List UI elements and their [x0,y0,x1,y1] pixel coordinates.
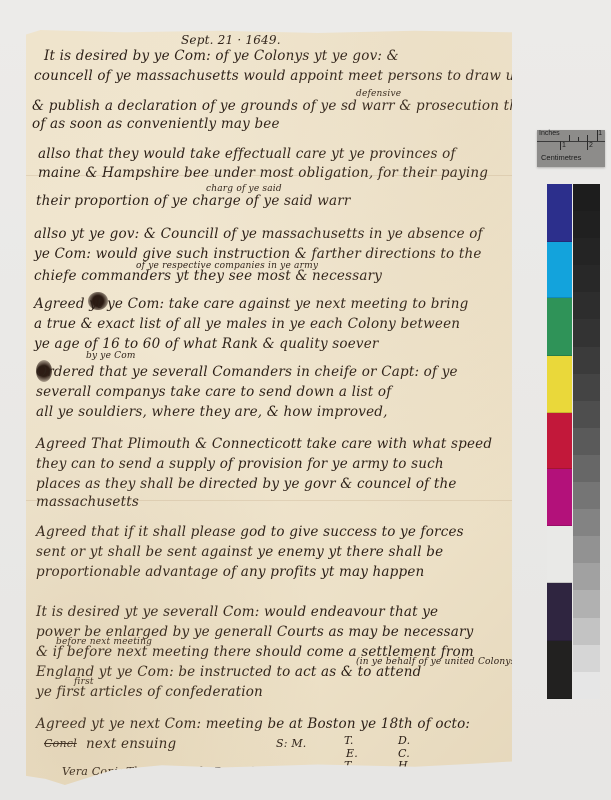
swatch-red [547,413,572,469]
initial: C. [398,748,410,759]
archive-scan: Sept. 21 · 1649. It is desired by ye Com… [0,0,611,800]
initial: P. [398,784,407,795]
text-line: a true & exact list of all ye males in y… [34,318,460,332]
swatch-black [547,641,572,699]
gray-step [573,428,600,455]
text-line: Agreed that if it shall please god to gi… [36,526,464,540]
swatch-yellow [547,356,572,413]
swatch-cyan [547,242,572,298]
text-line: It is desired by ye Com: of ye Colonys y… [44,50,399,64]
text-line: proportionable advantage of any profits … [36,566,424,580]
inch-mark: 1 [598,130,602,137]
swatch-green [547,298,572,356]
scale-ruler-card: Inches 1 1 2 Centimetres [537,130,605,167]
vera-copia: Vera Copia [62,766,125,777]
gray-step [573,563,600,590]
struck-word: Concl [44,738,77,749]
initial: T. [344,735,354,746]
text-line: places as they shall be directed by ye g… [36,478,457,492]
recorder-attestation: Tho. Danforth. Recorder. [126,766,270,777]
tick-mark [560,141,561,150]
color-swatch-column [547,184,572,699]
initial: W. [398,772,411,783]
text-line: ye Com: would give such instruction & fa… [34,248,482,262]
text-line: massachusetts [36,496,139,510]
date-heading: Sept. 21 · 1649. [181,34,281,46]
gray-step [573,509,600,536]
centimetres-label: Centimetres [541,153,581,162]
initial: J. [344,772,351,783]
gray-step [573,238,600,265]
text-line: sent or yt shall be sent against ye enem… [36,546,443,560]
tick-mark [587,141,588,150]
initial: E. [346,748,358,759]
tick-mark [569,135,570,141]
text-line: Agreed yt ye next Com: meeting be at Bos… [36,718,470,732]
gray-step [573,347,600,374]
text-line: of as soon as conveniently may bee [32,118,280,132]
gray-step [573,374,600,401]
torn-fragment-text: Whereas [314,792,364,800]
cm-mark-2: 2 [589,142,593,149]
gray-step [573,455,600,482]
gray-step [573,645,600,672]
text-line: Agreed That Plimouth & Connecticott take… [36,438,492,452]
gray-step [573,211,600,238]
initial: T. [344,760,354,771]
gray-step [573,618,600,645]
gray-step [573,265,600,292]
swatch-blue [547,184,572,242]
text-line: all ye souldiers, where they are, & how … [36,406,388,420]
initial: H. [398,760,412,771]
text-line: councell of ye massachusetts would appoi… [34,70,523,84]
initial: W. [346,784,359,795]
text-line: Ordered that ye severall Comanders in ch… [36,366,458,380]
swatch-white [547,526,572,583]
gray-step [573,401,600,428]
swatch-magenta [547,469,572,526]
gray-step [573,319,600,346]
manuscript-page: Sept. 21 · 1649. It is desired by ye Com… [26,30,512,788]
swatch-dark-purple [547,583,572,641]
initial: D. [398,735,410,746]
cm-mark-1: 1 [562,142,566,149]
text-line: maine & Hampshire bee under most obligat… [38,167,488,181]
gray-step [573,672,600,699]
text-line: allso yt ye gov: & Councill of ye massac… [34,228,483,242]
text-line: ye age of 16 to 60 of what Rank & qualit… [34,338,379,352]
text-line: next ensuing [86,738,176,752]
interlinear-note: by ye Com [86,352,136,361]
tick-mark [578,137,579,141]
text-line: chiefe commanders yt they see most & nec… [34,270,382,284]
text-line: & publish a declaration of ye grounds of… [32,100,541,114]
text-line: allso that they would take effectuall ca… [38,148,456,162]
inch-scale: Inches 1 [537,130,605,142]
gray-step [573,590,600,617]
text-line: ye first articles of confederation [36,686,263,700]
gray-step [573,292,600,319]
gray-step [573,482,600,509]
text-line: severall companys take care to send down… [36,386,391,400]
gray-step [573,184,600,211]
grayscale-column [573,184,600,699]
gray-step [573,536,600,563]
text-line: they can to send a supply of provision f… [36,458,444,472]
text-line: Agreed yt ye Com: take care against ye n… [34,298,468,312]
text-line: their proportion of ye charge of ye said… [36,195,351,209]
initials: S: M. [276,738,307,749]
inches-label: Inches [539,130,560,137]
text-line: It is desired yt ye severall Com: would … [36,606,438,620]
